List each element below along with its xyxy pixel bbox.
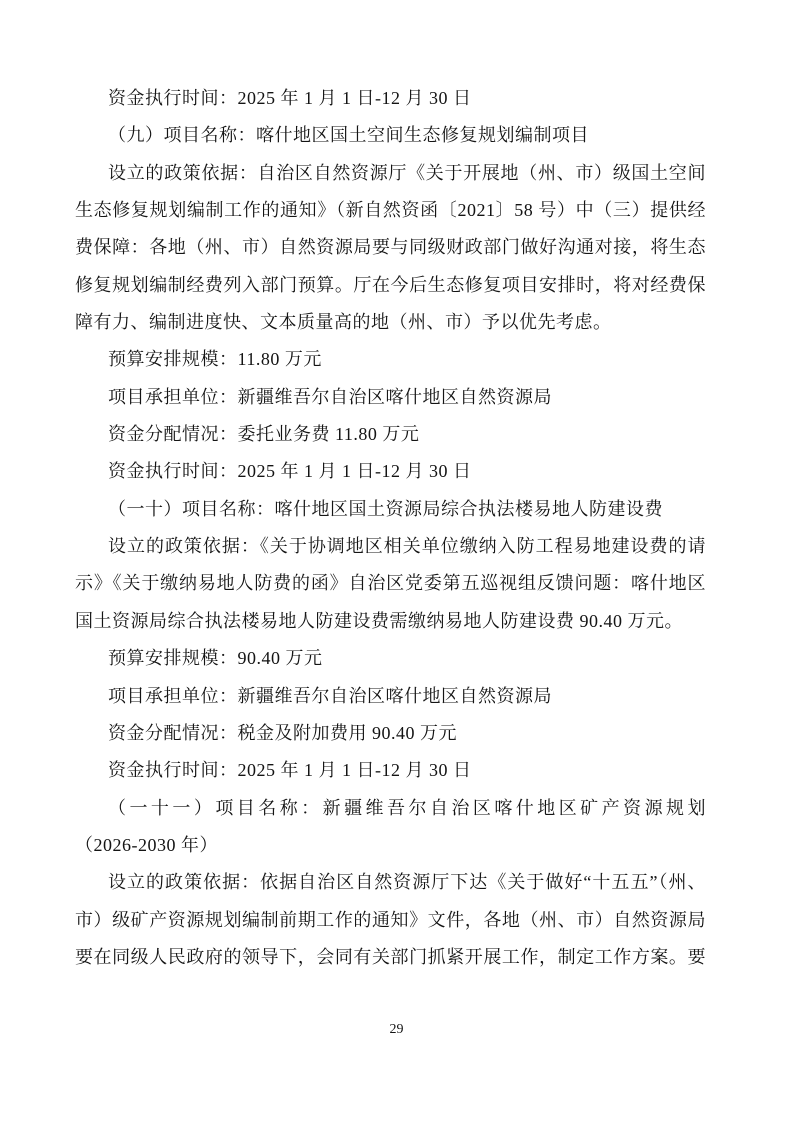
document-line: 国土资源局综合执法楼易地人防建设费需缴纳易地人防建设费 90.40 万元。	[75, 603, 706, 640]
document-line: 生态修复规划编制工作的通知》（新自然资函〔2021〕58 号）中（三）提供经	[75, 192, 706, 229]
document-line: 资金执行时间：2025 年 1 月 1 日-12 月 30 日	[75, 752, 706, 789]
document-line: 设立的政策依据：自治区自然资源厅《关于开展地（州、市）级国土空间	[75, 155, 706, 192]
document-line: （一十一）项目名称：新疆维吾尔自治区喀什地区矿产资源规划	[75, 790, 706, 827]
document-line: （一十）项目名称：喀什地区国土资源局综合执法楼易地人防建设费	[75, 491, 706, 528]
page-number: 29	[390, 1022, 404, 1037]
document-body: 资金执行时间：2025 年 1 月 1 日-12 月 30 日 （九）项目名称：…	[75, 80, 706, 976]
page-footer: 29	[0, 1020, 793, 1040]
document-line: 示》《关于缴纳易地人防费的函》自治区党委第五巡视组反馈问题：喀什地区	[75, 565, 706, 602]
document-line: （九）项目名称：喀什地区国土空间生态修复规划编制项目	[75, 117, 706, 154]
document-line: 资金分配情况：委托业务费 11.80 万元	[75, 416, 706, 453]
document-line: 预算安排规模：11.80 万元	[75, 341, 706, 378]
document-line: 资金分配情况：税金及附加费用 90.40 万元	[75, 715, 706, 752]
document-line: 项目承担单位：新疆维吾尔自治区喀什地区自然资源局	[75, 379, 706, 416]
document-line: 费保障：各地（州、市）自然资源局要与同级财政部门做好沟通对接，将生态	[75, 229, 706, 266]
document-line: 预算安排规模：90.40 万元	[75, 640, 706, 677]
document-page: 资金执行时间：2025 年 1 月 1 日-12 月 30 日 （九）项目名称：…	[0, 0, 793, 1122]
document-line: （2026-2030 年）	[75, 827, 706, 864]
document-line: 资金执行时间：2025 年 1 月 1 日-12 月 30 日	[75, 453, 706, 490]
document-line: 设立的政策依据：依据自治区自然资源厅下达《关于做好“十五五”（州、	[75, 864, 706, 901]
document-line: 资金执行时间：2025 年 1 月 1 日-12 月 30 日	[75, 80, 706, 117]
document-line: 修复规划编制经费列入部门预算。厅在今后生态修复项目安排时，将对经费保	[75, 267, 706, 304]
document-line: 障有力、编制进度快、文本质量高的地（州、市）予以优先考虑。	[75, 304, 706, 341]
document-line: 要在同级人民政府的领导下，会同有关部门抓紧开展工作，制定工作方案。要	[75, 939, 706, 976]
document-line: 市）级矿产资源规划编制前期工作的通知》文件，各地（州、市）自然资源局	[75, 902, 706, 939]
document-line: 项目承担单位：新疆维吾尔自治区喀什地区自然资源局	[75, 678, 706, 715]
document-line: 设立的政策依据：《关于协调地区相关单位缴纳入防工程易地建设费的请	[75, 528, 706, 565]
